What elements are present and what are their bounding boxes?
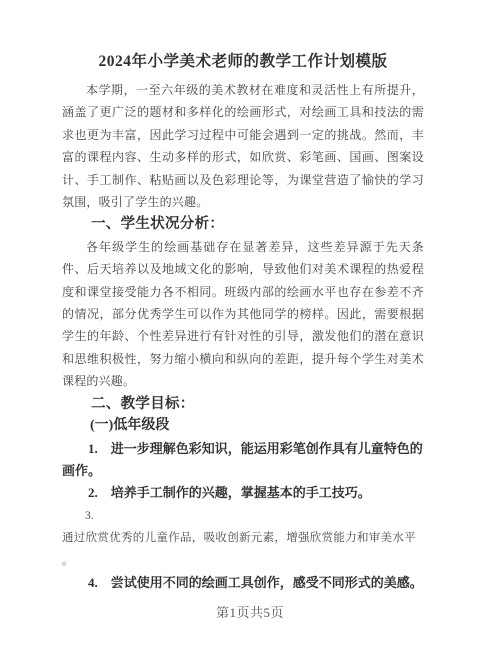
section1-heading: 一、学生状况分析： (62, 213, 424, 235)
goal-item-4: 4. 尝试使用不同的绘画工具创作，感受不同形式的美感。 (62, 572, 424, 594)
goal-item-3-overflow-punctuation: 。 (62, 550, 424, 572)
goal-item-3-number: 3. (62, 505, 424, 527)
document-content: 2024年小学美术老师的教学工作计划模版 本学期，一至六年级的美术教材在难度和灵… (62, 50, 424, 594)
section1-body-paragraph: 各年级学生的绘画基础存在显著差异，这些差异源于先天条件、后天培养以及地域文化的影… (62, 236, 424, 393)
document-title: 2024年小学美术老师的教学工作计划模版 (62, 50, 424, 73)
goal-item-3-text: 通过欣赏优秀的儿童作品，吸收创新元素，增强欣赏能力和审美水平 (62, 527, 424, 549)
goal-item-1: 1. 进一步理解色彩知识，能运用彩笔创作具有儿童特色的画作。 (62, 438, 424, 483)
section2-subheading: (一)低年级段 (62, 415, 424, 437)
goal-item-2: 2. 培养手工制作的兴趣，掌握基本的手工技巧。 (62, 482, 424, 504)
page-number-indicator: 第1页共5页 (0, 602, 500, 621)
document-page: 2024年小学美术老师的教学工作计划模版 本学期，一至六年级的美术教材在难度和灵… (0, 0, 500, 647)
section2-heading: 二、教学目标： (62, 393, 424, 415)
intro-paragraph: 本学期，一至六年级的美术教材在难度和灵活性上有所提升，涵盖了更广泛的题材和多样化… (62, 79, 424, 213)
